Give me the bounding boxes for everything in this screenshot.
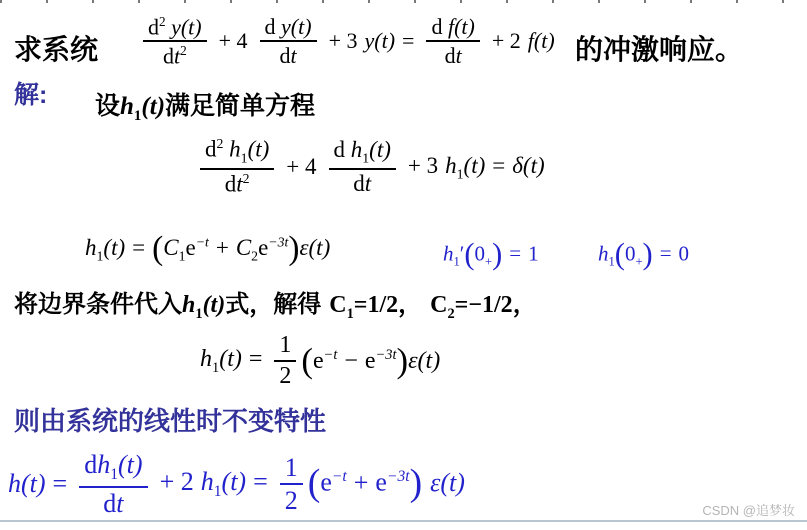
h1-solved-equation: h1(t)= 1 2 (e−t−e−3t)ε(t) bbox=[200, 330, 440, 392]
fraction: d2 y(t) dt2 bbox=[143, 15, 207, 68]
fraction: d h1(t) dt bbox=[329, 138, 396, 196]
left-paren: ( bbox=[152, 230, 163, 267]
math-token: h1(t)= bbox=[200, 346, 269, 377]
h1-differential-equation: d2 h1(t) dt2 + 4 d h1(t) dt + 3h1(t)=δ(t… bbox=[195, 136, 545, 198]
impulse-response-equation: h(t)= dh1(t) dt + 2h1(t)= 1 2 (e−t+e−3t)… bbox=[8, 446, 465, 522]
math-token: (e−t+e−3t)ε(t) bbox=[308, 463, 465, 504]
title-prefix: 求系统 bbox=[14, 28, 98, 68]
math-token: + 3h1(t)=δ(t) bbox=[401, 153, 545, 182]
fraction: 1 2 bbox=[274, 333, 296, 389]
fraction: dh1(t) dt bbox=[79, 451, 147, 517]
lti-property-line: 则由系统的线性时不变特性 bbox=[14, 401, 326, 438]
math-token: h(t)= bbox=[8, 470, 74, 499]
boundary-condition-value: h1(0+)=0 bbox=[598, 237, 689, 272]
math-token: + 4 bbox=[219, 29, 248, 53]
math-token: + 4 bbox=[286, 154, 316, 179]
bottom-divider bbox=[0, 520, 807, 522]
h1-general-solution: h1(t)=(C1e−t+C2e−3t)ε(t) bbox=[85, 230, 330, 268]
math-token: (e−t−e−3t)ε(t) bbox=[301, 342, 440, 380]
fraction: d f(t) dt bbox=[426, 15, 479, 67]
lecture-slide: 求系统 d2 y(t) dt2 + 4 d y(t) dt + 3y(t)= d… bbox=[0, 0, 807, 530]
assumption-line: 设h1(t)满足简单方程 bbox=[95, 86, 315, 125]
right-paren: ) bbox=[288, 230, 299, 267]
math-token: + 2f(t) bbox=[485, 29, 555, 53]
fraction: 1 2 bbox=[280, 454, 303, 515]
fraction: d y(t) dt bbox=[260, 15, 317, 67]
system-differential-equation: d2 y(t) dt2 + 4 d y(t) dt + 3y(t)= d f(t… bbox=[138, 6, 555, 76]
fraction: d2 h1(t) dt2 bbox=[200, 137, 274, 197]
math-token: + 2h1(t)= bbox=[153, 468, 275, 500]
substitution-line: 将边界条件代入h1(t)式，解得C1=1/2，C2=−1/2， bbox=[14, 284, 537, 323]
cropped-text-artifact bbox=[0, 0, 807, 3]
boundary-condition-derivative: h1′(0+)=1 bbox=[443, 237, 539, 272]
math-token: + 3y(t)= bbox=[322, 29, 422, 53]
solution-label: 解: bbox=[14, 75, 47, 111]
title-suffix: 的冲激响应。 bbox=[575, 28, 743, 68]
csdn-watermark: CSDN @追梦妆 bbox=[702, 500, 795, 519]
